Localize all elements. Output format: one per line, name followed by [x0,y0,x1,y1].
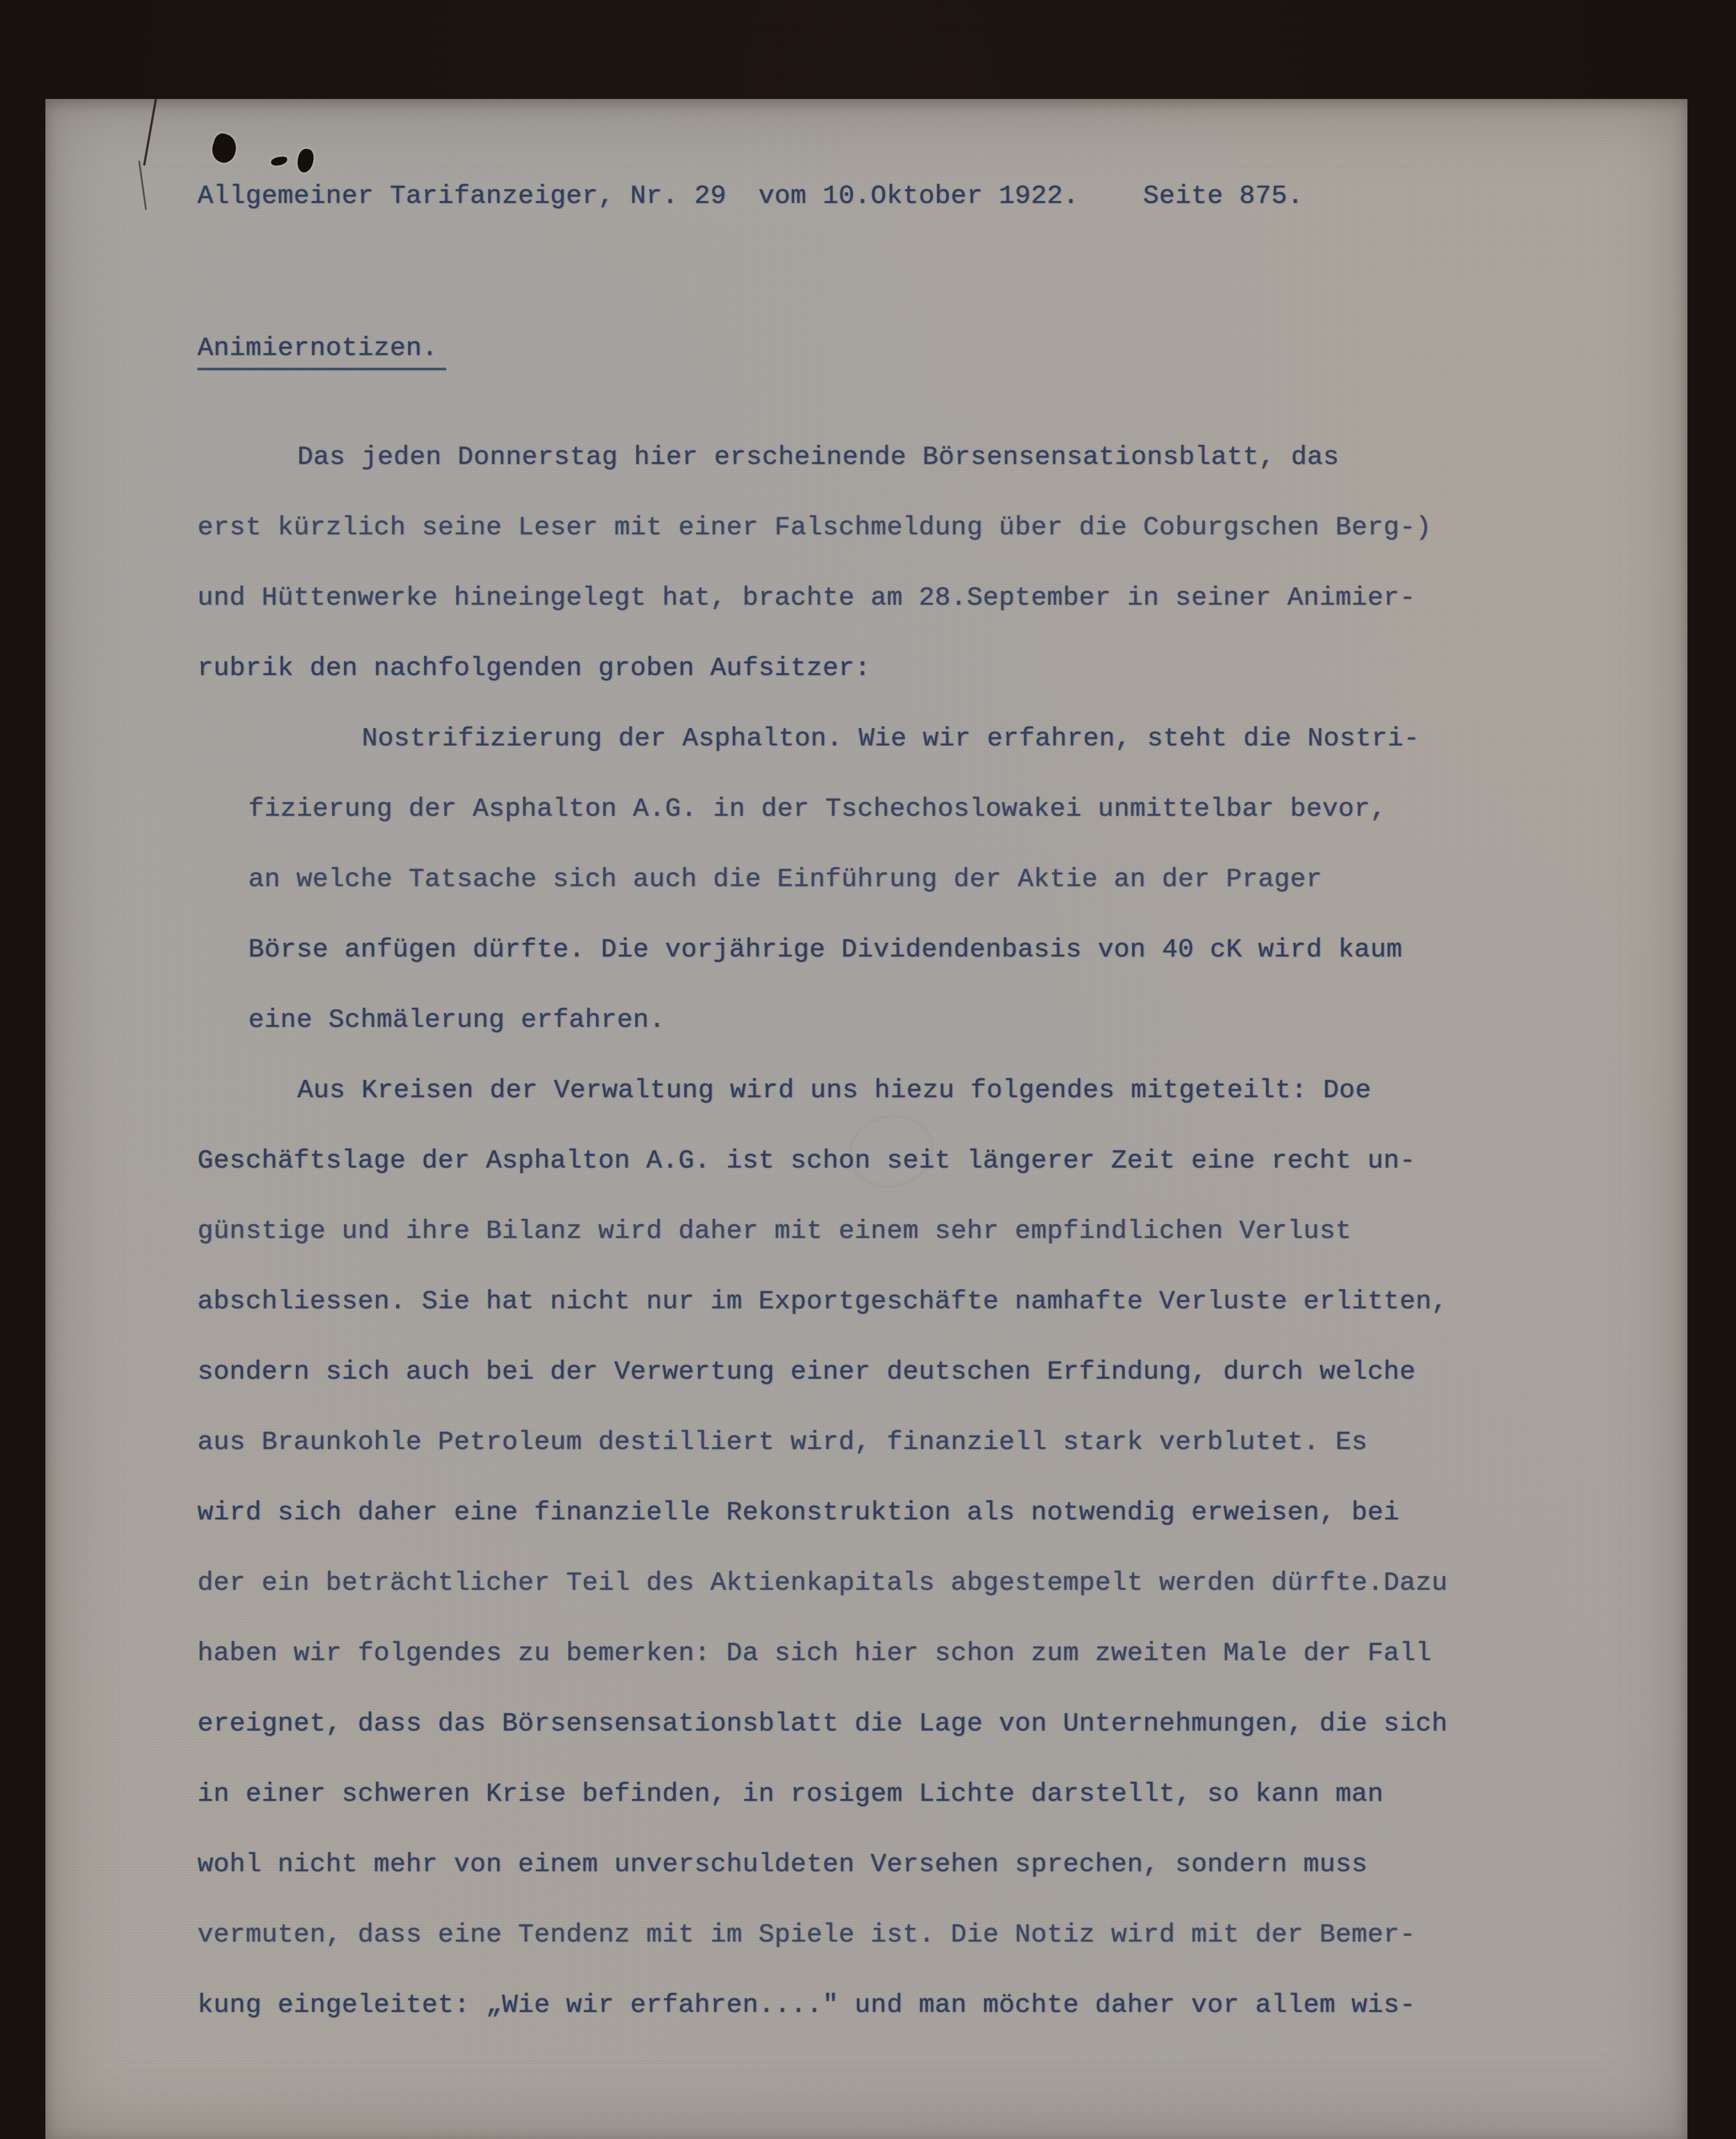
text-line: Aus Kreisen der Verwaltung wird uns hiez… [197,1055,1633,1126]
document-header: Allgemeiner Tarifanzeiger, Nr. 29 vom 10… [197,182,1303,211]
text-line: Geschäftslage der Asphalton A.G. ist sch… [197,1126,1633,1196]
document-paper: Allgemeiner Tarifanzeiger, Nr. 29 vom 10… [45,99,1687,2139]
text-line: abschliessen. Sie hat nicht nur im Expor… [197,1267,1633,1337]
text-line: und Hüttenwerke hineingelegt hat, bracht… [197,563,1633,633]
document-body: Das jeden Donnerstag hier erscheinende B… [197,422,1633,2040]
scan-background: Allgemeiner Tarifanzeiger, Nr. 29 vom 10… [0,0,1736,2139]
paper-hole [271,156,288,167]
text-line: rubrik den nachfolgenden groben Aufsitze… [197,633,1633,704]
text-line: sondern sich auch bei der Verwertung ein… [197,1337,1633,1407]
paper-tear [143,99,157,166]
document-title: Animiernotizen. [197,334,446,370]
paper-hole [296,148,314,173]
text-line: wird sich daher eine finanzielle Rekonst… [197,1478,1633,1548]
text-line: ereignet, dass das Börsensensationsblatt… [197,1689,1633,1759]
document-title-row: Animiernotizen. [197,334,446,370]
text-line: der ein beträchtlicher Teil des Aktienka… [197,1548,1633,1618]
text-line: kung eingeleitet: „Wie wir erfahren...."… [197,1970,1633,2040]
paper-hole [209,131,240,165]
text-line: erst kürzlich seine Leser mit einer Fals… [197,493,1633,563]
text-line: haben wir folgendes zu bemerken: Da sich… [197,1618,1633,1689]
text-line: vermuten, dass eine Tendenz mit im Spiel… [197,1900,1633,1970]
text-line: in einer schweren Krise befinden, in ros… [197,1759,1633,1829]
text-line: Das jeden Donnerstag hier erscheinende B… [197,422,1633,493]
text-line: günstige und ihre Bilanz wird daher mit … [197,1196,1633,1267]
text-line: fizierung der Asphalton A.G. in der Tsch… [197,774,1633,844]
paper-tear [138,160,147,210]
text-line: Börse anfügen dürfte. Die vorjährige Div… [197,915,1633,985]
text-line: an welche Tatsache sich auch die Einführ… [197,844,1633,915]
text-line: aus Braunkohle Petroleum destilliert wir… [197,1407,1633,1478]
text-line: eine Schmälerung erfahren. [197,985,1633,1055]
text-line: wohl nicht mehr von einem unverschuldete… [197,1829,1633,1900]
text-line: Nostrifizierung der Asphalton. Wie wir e… [197,704,1633,774]
